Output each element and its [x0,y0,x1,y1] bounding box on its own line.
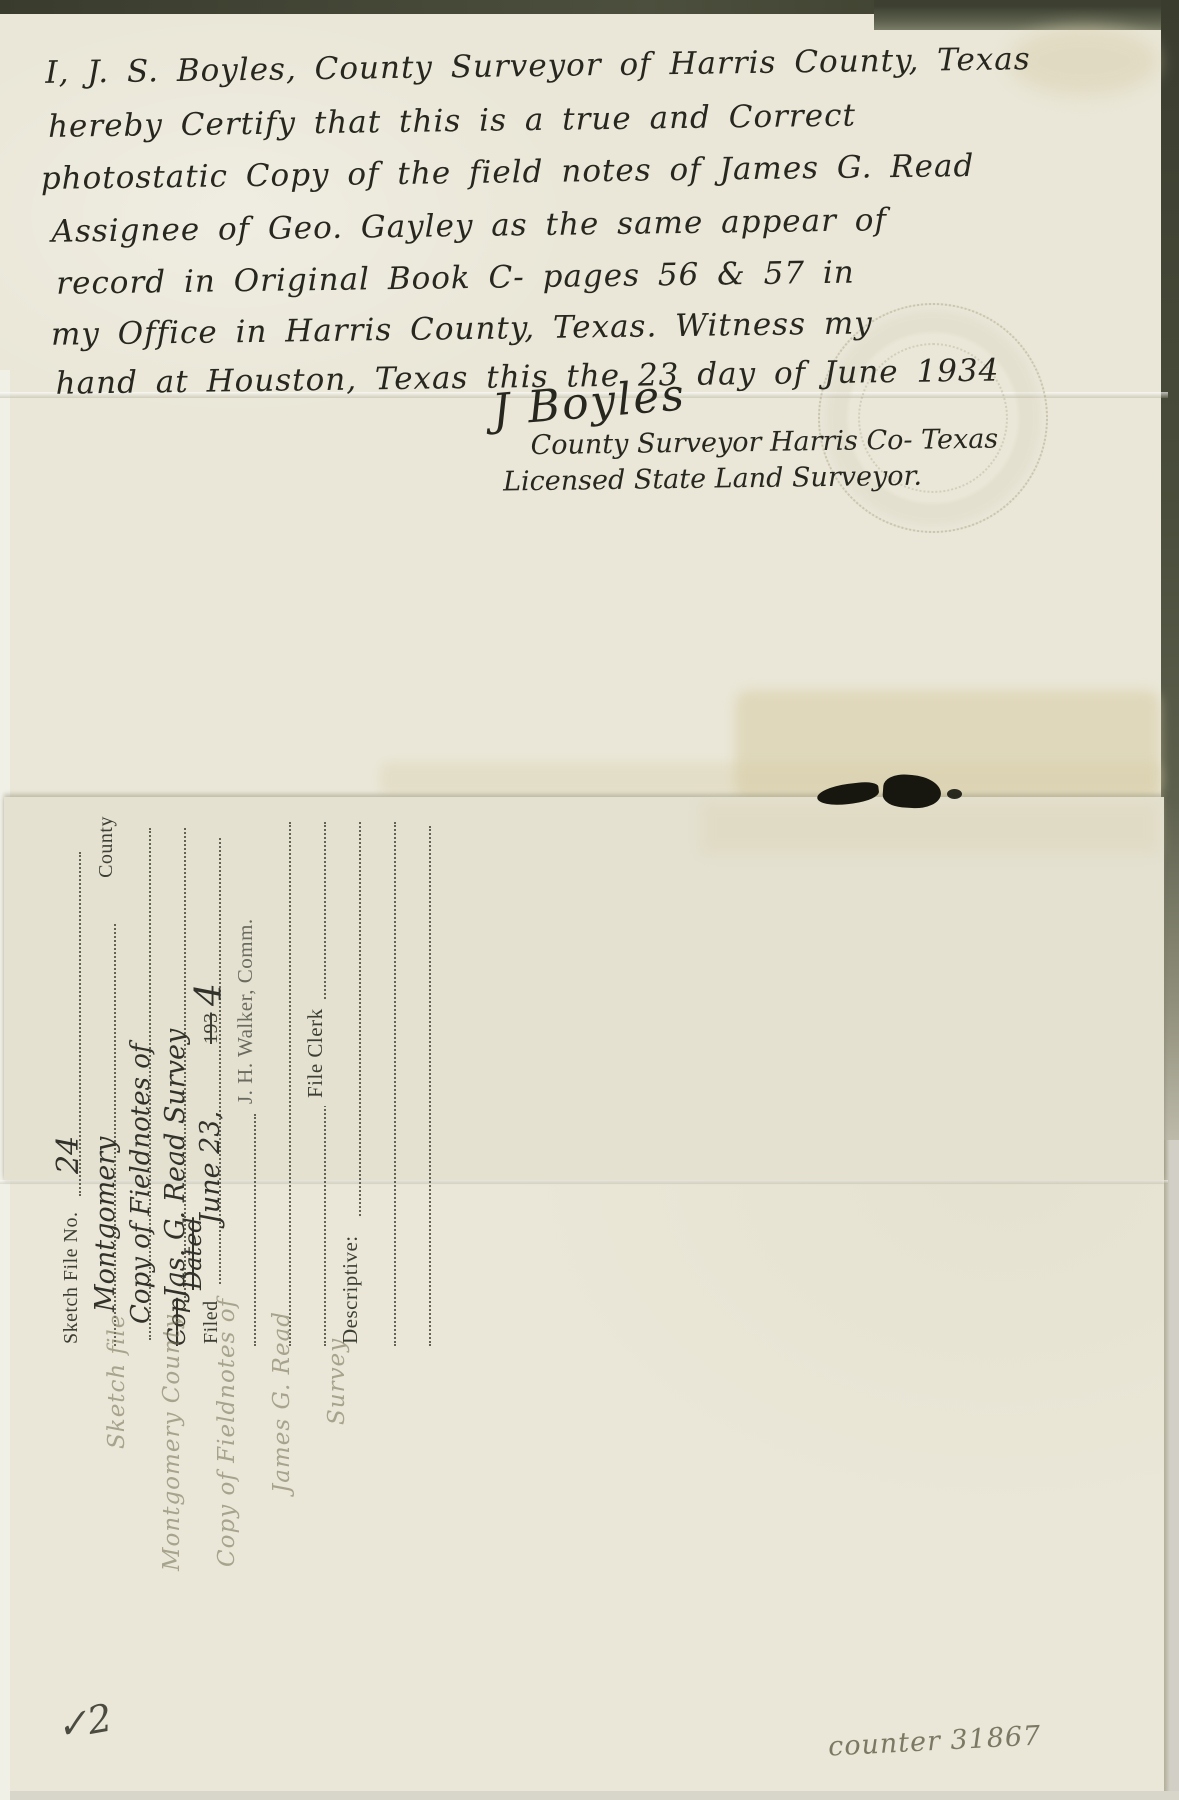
certification-line: record in Original Book C- pages 56 & 57… [56,255,855,302]
pencil-note-line: Copy of Fieldnotes of [200,1205,255,1577]
stamp-row-sketch-file: Sketch File No. 24 [52,812,87,1346]
signature-title: County Surveyor Harris Co- Texas [530,424,998,462]
stain-band [380,762,1162,796]
pencil-note-line: Sketch file [90,1205,145,1577]
year-handwritten: 4 [189,983,230,1006]
certification-line: my Office in Harris County, Texas. Witne… [51,305,873,352]
stain-middle-panel [700,800,1160,855]
document-photo: I, J. S. Boyles, County Surveyor of Harr… [0,0,1179,1800]
commissioner-name: J. H. Walker, Comm. [233,918,258,1104]
certification-line: Assignee of Geo. Gayley as the same appe… [51,202,887,250]
certification-line: hereby Certify that this is a true and C… [48,98,856,145]
ink-blot [947,789,962,799]
check-mark-annotation: ✓2 [53,1695,116,1748]
file-clerk-label: File Clerk [303,1000,328,1106]
certification-text: I, J. S. Boyles, County Surveyor of Harr… [35,19,1041,503]
counter-annotation: counter 31867 [827,1720,1042,1762]
paper-edge-right [1164,1140,1179,1800]
stamp-row-blank [402,812,437,1346]
signature-title: Licensed State Land Surveyor. [503,461,922,498]
sketch-file-label: Sketch File No. [60,1212,83,1345]
year-printed: 193 [200,1013,223,1045]
county-label: County [95,816,118,878]
pencil-note-line: Survey [310,1205,365,1577]
paper-edge-bottom [0,1791,1179,1800]
certification-line: photostatic Copy of the field notes of J… [41,148,975,197]
pencil-note-line: James G. Read [255,1205,310,1577]
sketch-file-number: 24 [51,1136,86,1174]
pencil-note: Sketch file Montgomery County Copy of Fi… [90,1205,380,1577]
pencil-note-line: Montgomery County [145,1205,200,1577]
certification-line: I, J. S. Boyles, County Surveyor of Harr… [45,41,1031,91]
